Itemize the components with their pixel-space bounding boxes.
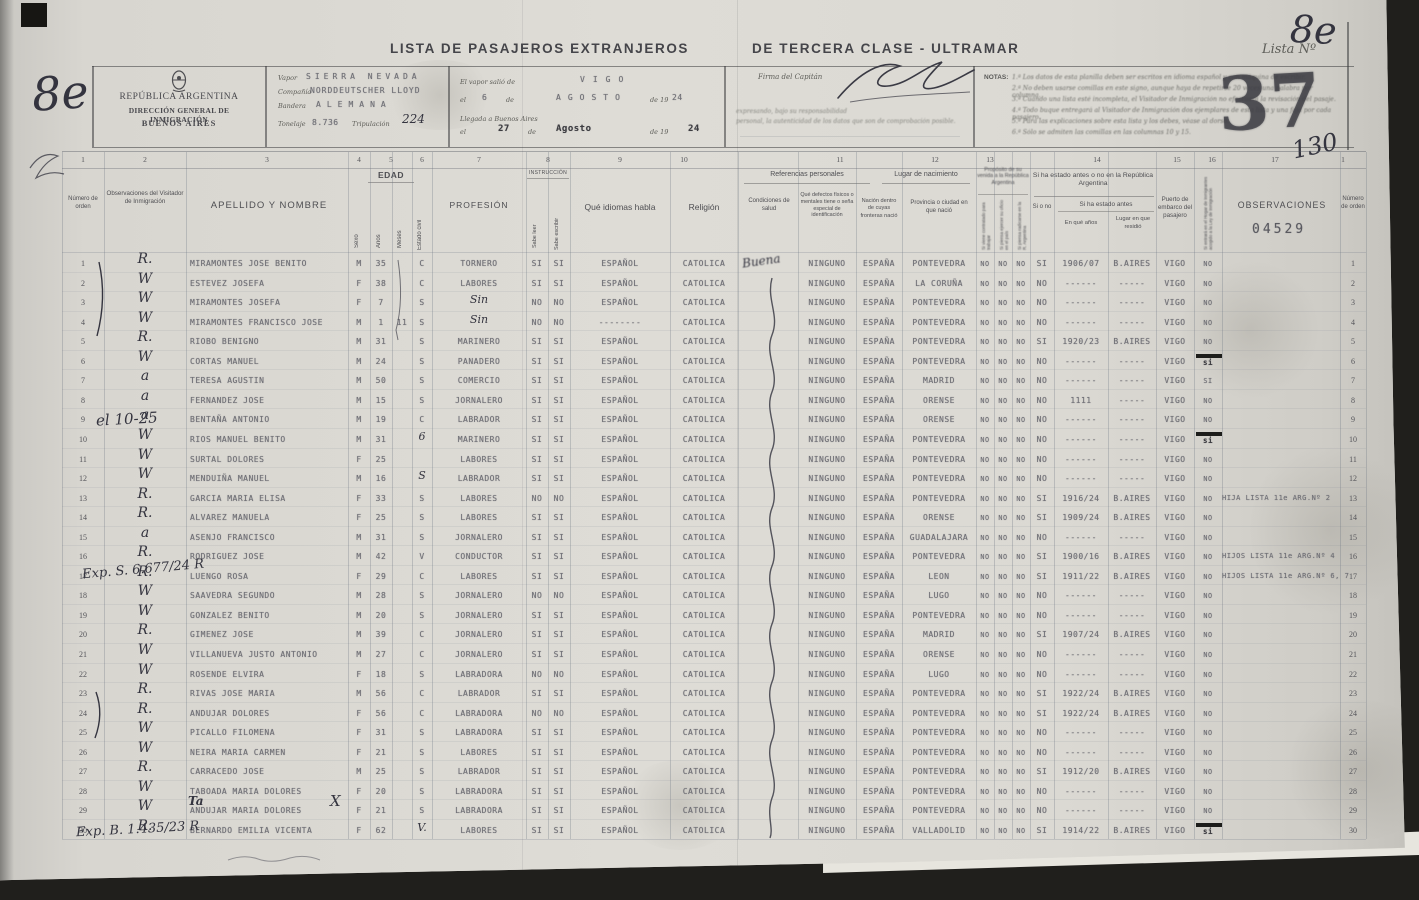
cell-lee: NO bbox=[526, 668, 548, 681]
header-proposito-sub-3: Si piensa radicarse en la R. Argentina bbox=[1017, 198, 1027, 250]
cell-lee: NO bbox=[526, 296, 548, 309]
cell-p3: NO bbox=[1012, 414, 1030, 427]
cell-port: VIGO bbox=[1156, 824, 1194, 837]
cell-defect: NINGUNO bbox=[798, 257, 856, 270]
page-fold-line bbox=[1347, 22, 1349, 150]
cell-port: VIGO bbox=[1156, 726, 1194, 739]
cell-rel: CATOLICA bbox=[670, 394, 738, 407]
cell-p1: NO bbox=[976, 278, 994, 291]
cell-idioma: ESPAÑOL bbox=[570, 511, 670, 524]
cell-civ: 6 bbox=[412, 430, 432, 443]
cell-lee: SI bbox=[526, 687, 548, 700]
cell-age: 56 bbox=[370, 687, 392, 700]
header-obs-visitador: Observaciones del Visitador de Inmigraci… bbox=[106, 190, 184, 206]
cell-num: 8 bbox=[62, 394, 104, 407]
cell-p2: NO bbox=[994, 590, 1012, 603]
cell-p1: NO bbox=[976, 356, 994, 369]
cell-nation: ESPAÑA bbox=[856, 550, 902, 563]
cell-age: 62 bbox=[370, 824, 392, 837]
cell-nation: ESPAÑA bbox=[856, 296, 902, 309]
cell-years: 1920/23 bbox=[1054, 335, 1108, 348]
cell-c16: NO bbox=[1194, 317, 1222, 330]
grid-hline bbox=[62, 623, 1366, 624]
salud-hand-value: Buena bbox=[741, 251, 781, 270]
cell-p3: NO bbox=[1012, 454, 1030, 467]
cell-p1: NO bbox=[976, 590, 994, 603]
grid-hline bbox=[62, 408, 1366, 409]
cell-rel: CATOLICA bbox=[670, 648, 738, 661]
cell-prev: NO bbox=[1030, 785, 1054, 798]
cell-p3: NO bbox=[1012, 590, 1030, 603]
cell-c16: SI bbox=[1194, 375, 1222, 388]
cell-place: B.AIRES bbox=[1108, 765, 1156, 778]
left-edge-shadow bbox=[0, 0, 14, 880]
cell-num: 1 bbox=[62, 257, 104, 270]
captain-statement-2: personal, la autenticidad de los datos q… bbox=[736, 118, 972, 125]
grid-hline bbox=[62, 545, 1366, 546]
cell-p2: NO bbox=[994, 786, 1012, 799]
cell-p3: NO bbox=[1012, 669, 1030, 682]
cell-mark: W bbox=[104, 800, 186, 813]
cell-prev: SI bbox=[1030, 824, 1054, 837]
cell-idioma: ESPAÑOL bbox=[570, 589, 670, 602]
salida-el: el bbox=[460, 96, 466, 104]
grid-hline bbox=[62, 839, 1366, 840]
cell-prof: LABORES bbox=[432, 824, 526, 837]
cell-esc: SI bbox=[548, 648, 570, 661]
cell-lee: SI bbox=[526, 628, 548, 641]
cell-num: 7 bbox=[62, 374, 104, 387]
cell-age: 21 bbox=[370, 746, 392, 759]
cell-years: ------ bbox=[1054, 589, 1108, 602]
cell-p2: NO bbox=[994, 766, 1012, 779]
cell-mark: W bbox=[104, 351, 186, 364]
cell-defect: NINGUNO bbox=[798, 628, 856, 641]
header-anos: Años bbox=[376, 200, 382, 248]
cell-name: MIRAMONTES FRANCISCO JOSE bbox=[190, 316, 346, 329]
cell-rel: CATOLICA bbox=[670, 511, 738, 524]
cell-civ: C bbox=[412, 570, 432, 583]
cell-port: VIGO bbox=[1156, 570, 1194, 583]
cell-port: VIGO bbox=[1156, 628, 1194, 641]
cell-defect: NINGUNO bbox=[798, 355, 856, 368]
cell-idioma: ESPAÑOL bbox=[570, 609, 670, 622]
cell-mark: a bbox=[104, 527, 186, 540]
cell-idioma: ESPAÑOL bbox=[570, 374, 670, 387]
cell-nation: ESPAÑA bbox=[856, 804, 902, 817]
cell-num: 15 bbox=[62, 531, 104, 544]
column-number: 5 bbox=[381, 155, 401, 164]
cell-place: B.AIRES bbox=[1108, 687, 1156, 700]
llegada-day: 27 bbox=[498, 124, 510, 134]
cell-nation: ESPAÑA bbox=[856, 394, 902, 407]
grid-hline bbox=[62, 448, 1366, 449]
cell-p1: NO bbox=[976, 551, 994, 564]
cell-prov: PONTEVEDRA bbox=[902, 296, 976, 309]
cell-name: BENTAÑA ANTONIO bbox=[190, 413, 346, 426]
cell-esc: SI bbox=[548, 824, 570, 837]
cell-civ: S bbox=[412, 668, 432, 681]
cell-p1: NO bbox=[976, 747, 994, 760]
cell-obs17: HIJA LISTA 11e ARG.Nº 2 bbox=[1222, 492, 1340, 505]
cell-num2: 18 bbox=[1340, 589, 1366, 602]
cell-c16: NO bbox=[1194, 414, 1222, 427]
cell-esc: SI bbox=[548, 726, 570, 739]
cell-defect: NINGUNO bbox=[798, 648, 856, 661]
cell-place: ----- bbox=[1108, 609, 1156, 622]
grid-hline bbox=[62, 487, 1366, 488]
cell-p2: NO bbox=[994, 336, 1012, 349]
cell-name: ALVAREZ MANUELA bbox=[190, 511, 346, 524]
cell-prev: SI bbox=[1030, 570, 1054, 583]
cell-p3: NO bbox=[1012, 766, 1030, 779]
cell-years: ------ bbox=[1054, 648, 1108, 661]
cell-prev: NO bbox=[1030, 453, 1054, 466]
cell-idioma: ESPAÑOL bbox=[570, 628, 670, 641]
cell-years: 1900/16 bbox=[1054, 550, 1108, 563]
corner-list-mark: 8e bbox=[30, 64, 90, 122]
cell-prof: LABRADOR bbox=[432, 413, 526, 426]
header-provincia: Provincia o ciudad en que nació bbox=[905, 200, 973, 216]
header-lugar-residio: Lugar en que residió bbox=[1110, 216, 1156, 231]
salida-de: de bbox=[506, 96, 514, 104]
cell-civ: S bbox=[412, 746, 432, 759]
salida-de19: de 19 bbox=[650, 96, 668, 104]
cell-prev: NO bbox=[1030, 726, 1054, 739]
cell-c16: NO bbox=[1194, 336, 1222, 349]
cell-prov: VALLADOLID bbox=[902, 824, 976, 837]
cell-num2: 2 bbox=[1340, 277, 1366, 290]
cell-port: VIGO bbox=[1156, 316, 1194, 329]
cell-p2: NO bbox=[994, 297, 1012, 310]
cell-esc: NO bbox=[548, 707, 570, 720]
cell-p3: NO bbox=[1012, 805, 1030, 818]
cell-prof: LABORES bbox=[432, 511, 526, 524]
cell-p1: NO bbox=[976, 493, 994, 506]
cell-p1: NO bbox=[976, 258, 994, 271]
cell-p2: NO bbox=[994, 649, 1012, 662]
cell-years: 1906/07 bbox=[1054, 257, 1108, 270]
cell-port: VIGO bbox=[1156, 413, 1194, 426]
cell-prev: SI bbox=[1030, 628, 1054, 641]
cell-prof: JORNALERO bbox=[432, 531, 526, 544]
cell-defect: NINGUNO bbox=[798, 433, 856, 446]
header-frame-line bbox=[92, 147, 1354, 148]
cell-nation: ESPAÑA bbox=[856, 726, 902, 739]
cell-esc: SI bbox=[548, 531, 570, 544]
cell-c16: NO bbox=[1194, 493, 1222, 506]
cell-num: 25 bbox=[62, 726, 104, 739]
cell-civ: S bbox=[412, 335, 432, 348]
cell-nation: ESPAÑA bbox=[856, 472, 902, 485]
cell-civ: S bbox=[412, 469, 432, 482]
cell-lee: SI bbox=[526, 433, 548, 446]
header-nacimiento: Lugar de nacimiento bbox=[878, 171, 974, 178]
cell-rel: CATOLICA bbox=[670, 433, 738, 446]
cell-p2: NO bbox=[994, 512, 1012, 525]
cell-name: MENDUIÑA MANUEL bbox=[190, 472, 346, 485]
cell-sex: M bbox=[348, 648, 370, 661]
cell-esc: SI bbox=[548, 335, 570, 348]
grid-hline bbox=[62, 819, 1366, 820]
paper-sheet: LISTA DE PASAJEROS EXTRANJEROS DE TERCER… bbox=[0, 0, 1419, 900]
grid-hline bbox=[62, 702, 1366, 703]
cell-p1: NO bbox=[976, 688, 994, 701]
header-frame-line bbox=[92, 66, 94, 147]
cell-num2: 16 bbox=[1340, 550, 1366, 563]
cell-esc: NO bbox=[548, 296, 570, 309]
cell-p3: NO bbox=[1012, 571, 1030, 584]
cell-mark: R. bbox=[104, 683, 186, 696]
header-frame-line bbox=[265, 66, 267, 147]
cell-prof: JORNALERO bbox=[432, 609, 526, 622]
cell-rel: CATOLICA bbox=[670, 453, 738, 466]
cell-nation: ESPAÑA bbox=[856, 589, 902, 602]
cell-prev: SI bbox=[1030, 687, 1054, 700]
cell-c16: NO bbox=[1194, 727, 1222, 740]
cell-rel: CATOLICA bbox=[670, 765, 738, 778]
cell-idioma: ESPAÑOL bbox=[570, 726, 670, 739]
cell-rel: CATOLICA bbox=[670, 609, 738, 622]
bandera-value: ALEMANA bbox=[316, 100, 392, 109]
cell-p3: NO bbox=[1012, 825, 1030, 838]
header-apellido: APELLIDO Y NOMBRE bbox=[190, 200, 348, 211]
cell-prov: PONTEVEDRA bbox=[902, 726, 976, 739]
cell-p2: NO bbox=[994, 825, 1012, 838]
salida-year: 24 bbox=[672, 93, 683, 102]
cell-prof: LABRADORA bbox=[432, 804, 526, 817]
cell-nation: ESPAÑA bbox=[856, 531, 902, 544]
header-religion: Religión bbox=[670, 202, 738, 212]
cell-c16: NO bbox=[1194, 532, 1222, 545]
cell-mark: R. bbox=[104, 546, 186, 559]
cell-civ: C bbox=[412, 277, 432, 290]
cell-prev: NO bbox=[1030, 472, 1054, 485]
cell-mark: W bbox=[104, 644, 186, 657]
cell-esc: SI bbox=[548, 453, 570, 466]
cell-prev: NO bbox=[1030, 804, 1054, 817]
cell-name: CORTAS MANUEL bbox=[190, 355, 346, 368]
cell-civ: S bbox=[412, 355, 432, 368]
cell-prev: NO bbox=[1030, 355, 1054, 368]
cell-p3: NO bbox=[1012, 434, 1030, 447]
cell-p2: NO bbox=[994, 688, 1012, 701]
cell-civ: S bbox=[412, 531, 432, 544]
cell-age: 42 bbox=[370, 550, 392, 563]
cell-sex: F bbox=[348, 296, 370, 309]
cell-sex: F bbox=[348, 804, 370, 817]
cell-name: ASENJO FRANCISCO bbox=[190, 531, 346, 544]
cell-lee: SI bbox=[526, 355, 548, 368]
cell-defect: NINGUNO bbox=[798, 316, 856, 329]
cell-defect: NINGUNO bbox=[798, 746, 856, 759]
cell-p3: NO bbox=[1012, 297, 1030, 310]
cell-c16: NO bbox=[1194, 669, 1222, 682]
cell-name: RIOBO BENIGNO bbox=[190, 335, 346, 348]
cell-p2: NO bbox=[994, 278, 1012, 291]
cell-name: RIVAS JOSE MARIA bbox=[190, 687, 346, 700]
cell-lee: SI bbox=[526, 472, 548, 485]
cell-mark: W bbox=[104, 468, 186, 481]
cell-prev: NO bbox=[1030, 531, 1054, 544]
cell-num2: 13 bbox=[1340, 492, 1366, 505]
cell-p1: NO bbox=[976, 629, 994, 642]
header-hogar: Si entrará en el Hogar de Inmigrantes ac… bbox=[1203, 176, 1213, 250]
cell-esc: SI bbox=[548, 394, 570, 407]
cell-port: VIGO bbox=[1156, 746, 1194, 759]
cell-nation: ESPAÑA bbox=[856, 511, 902, 524]
cell-age: 7 bbox=[370, 296, 392, 309]
cell-sex: M bbox=[348, 316, 370, 329]
cell-prof: Sin bbox=[432, 293, 526, 306]
cell-prev: NO bbox=[1030, 316, 1054, 329]
salida-label: El vapor salió de bbox=[460, 78, 515, 86]
cell-p3: NO bbox=[1012, 493, 1030, 506]
notas-label: NOTAS: bbox=[984, 74, 1008, 81]
cell-lee: SI bbox=[526, 648, 548, 661]
cell-years: ------ bbox=[1054, 413, 1108, 426]
cell-prof: PANADERO bbox=[432, 355, 526, 368]
cell-years: 1922/24 bbox=[1054, 687, 1108, 700]
cell-age: 29 bbox=[370, 570, 392, 583]
cell-lee: SI bbox=[526, 531, 548, 544]
cell-years: ------ bbox=[1054, 374, 1108, 387]
cell-prof: LABRADORA bbox=[432, 707, 526, 720]
cell-rel: CATOLICA bbox=[670, 335, 738, 348]
salud-ditto-wave bbox=[770, 278, 775, 838]
column-number: 14 bbox=[1087, 155, 1107, 164]
cell-p1: NO bbox=[976, 766, 994, 779]
cell-num: 2 bbox=[62, 277, 104, 290]
cell-sex: M bbox=[348, 472, 370, 485]
cell-place: ----- bbox=[1108, 433, 1156, 446]
cell-prof: LABRADOR bbox=[432, 687, 526, 700]
cell-prov: PONTEVEDRA bbox=[902, 492, 976, 505]
cell-num2: 11 bbox=[1340, 453, 1366, 466]
grid-hline bbox=[62, 311, 1366, 312]
cell-p2: NO bbox=[994, 805, 1012, 818]
cell-age: 56 bbox=[370, 707, 392, 720]
cell-num: 10 bbox=[62, 433, 104, 446]
cell-lee: SI bbox=[526, 550, 548, 563]
cell-idioma: ESPAÑOL bbox=[570, 453, 670, 466]
cell-name: PICALLO FILOMENA bbox=[190, 726, 346, 739]
cell-num: 22 bbox=[62, 668, 104, 681]
cell-prov: ORENSE bbox=[902, 648, 976, 661]
cell-age: 28 bbox=[370, 589, 392, 602]
cell-place: B.AIRES bbox=[1108, 707, 1156, 720]
header-defectos: Qué defectos físicos o mentales tiene o … bbox=[800, 192, 854, 219]
cell-num2: 22 bbox=[1340, 668, 1366, 681]
cell-p3: NO bbox=[1012, 258, 1030, 271]
cell-port: VIGO bbox=[1156, 531, 1194, 544]
cell-years: ------ bbox=[1054, 785, 1108, 798]
cell-age: 38 bbox=[370, 277, 392, 290]
cell-sex: F bbox=[348, 726, 370, 739]
cell-name: SAAVEDRA SEGUNDO bbox=[190, 589, 346, 602]
cell-prov: LUGO bbox=[902, 589, 976, 602]
cell-prov: PONTEVEDRA bbox=[902, 472, 976, 485]
cell-age: 25 bbox=[370, 453, 392, 466]
cell-p1: NO bbox=[976, 825, 994, 838]
grid-hline bbox=[62, 604, 1366, 605]
cell-prev: SI bbox=[1030, 765, 1054, 778]
grid-hline bbox=[62, 584, 1366, 585]
cell-c16: NO bbox=[1194, 512, 1222, 525]
cell-prof: CONDUCTOR bbox=[432, 550, 526, 563]
cell-rel: CATOLICA bbox=[670, 413, 738, 426]
cell-sex: F bbox=[348, 453, 370, 466]
cell-lee: NO bbox=[526, 589, 548, 602]
header-idiomas: Qué idiomas habla bbox=[570, 202, 670, 212]
cell-mark: W bbox=[104, 605, 186, 618]
cell-rel: CATOLICA bbox=[670, 531, 738, 544]
cell-num2: 12 bbox=[1340, 472, 1366, 485]
cell-lee: SI bbox=[526, 413, 548, 426]
cell-mark: R. bbox=[104, 624, 186, 637]
cell-lee: NO bbox=[526, 492, 548, 505]
cell-prov: LEON bbox=[902, 570, 976, 583]
cell-p2: NO bbox=[994, 747, 1012, 760]
cell-years: ------ bbox=[1054, 531, 1108, 544]
cell-years: ------ bbox=[1054, 746, 1108, 759]
cell-defect: NINGUNO bbox=[798, 511, 856, 524]
cell-c16: NO bbox=[1194, 258, 1222, 271]
cell-esc: SI bbox=[548, 687, 570, 700]
cell-age: 25 bbox=[370, 765, 392, 778]
cell-p3: NO bbox=[1012, 629, 1030, 642]
cell-c16: NO bbox=[1194, 571, 1222, 584]
cell-p2: NO bbox=[994, 629, 1012, 642]
cell-place: ----- bbox=[1108, 531, 1156, 544]
cell-p2: NO bbox=[994, 317, 1012, 330]
cell-idioma: ESPAÑOL bbox=[570, 413, 670, 426]
grid-hline bbox=[62, 741, 1366, 742]
cell-p1: NO bbox=[976, 805, 994, 818]
cell-years: 1111 bbox=[1054, 394, 1108, 407]
cell-p1: NO bbox=[976, 317, 994, 330]
cell-name: FERNANDEZ JOSE bbox=[190, 394, 346, 407]
cell-prov: ORENSE bbox=[902, 511, 976, 524]
cell-lee: NO bbox=[526, 316, 548, 329]
cell-num: 26 bbox=[62, 746, 104, 759]
cell-p3: NO bbox=[1012, 356, 1030, 369]
column-number: 6 bbox=[412, 155, 432, 164]
cell-mark: W bbox=[104, 664, 186, 677]
cell-mark: R. bbox=[104, 703, 186, 716]
cell-defect: NINGUNO bbox=[798, 570, 856, 583]
cell-prov: ORENSE bbox=[902, 394, 976, 407]
cell-idioma: ESPAÑOL bbox=[570, 804, 670, 817]
cell-p3: NO bbox=[1012, 512, 1030, 525]
bottom-edge-scribble bbox=[228, 856, 320, 861]
coat-of-arms bbox=[170, 70, 188, 92]
cell-esc: NO bbox=[548, 492, 570, 505]
cell-esc: SI bbox=[548, 433, 570, 446]
cell-sex: F bbox=[348, 277, 370, 290]
cell-place: ----- bbox=[1108, 804, 1156, 817]
cell-p1: NO bbox=[976, 512, 994, 525]
cell-p2: NO bbox=[994, 356, 1012, 369]
grid-vline bbox=[1366, 152, 1367, 839]
cell-months: 11 bbox=[392, 316, 412, 329]
cell-defect: NINGUNO bbox=[798, 335, 856, 348]
cell-place: ----- bbox=[1108, 355, 1156, 368]
cell-age: 33 bbox=[370, 492, 392, 505]
cell-num: 20 bbox=[62, 628, 104, 641]
cell-years: 1914/22 bbox=[1054, 824, 1108, 837]
cell-place: ----- bbox=[1108, 785, 1156, 798]
